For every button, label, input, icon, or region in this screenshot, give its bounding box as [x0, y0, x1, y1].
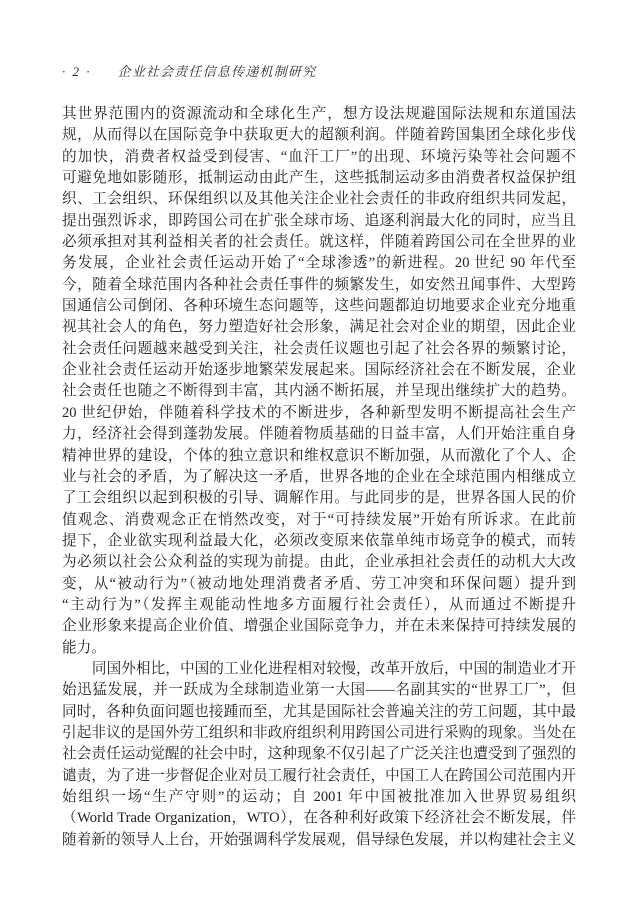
running-head-title: 企业社会责任信息传递机制研究 [118, 61, 317, 80]
text-line: 社会责任也随之不断得到丰富，其内涵不断拓展，并呈现出继续扩大的趋势。 [62, 381, 576, 402]
text-line: 规，从而得以在国际竞争中获取更大的超额利润。伴随着跨国集团全球化步伐 [62, 125, 576, 146]
text-line: 始组织一场“生产守则”的运动；自 2001 年中国被批准加入世界贸易组织 [62, 787, 576, 808]
text-line: 务发展，企业社会责任运动开始了“全球渗透”的新进程。20 世纪 90 年代至 [62, 253, 576, 274]
text-line: 随着新的领导人上台，开始强调科学发展观，倡导绿色发展，并以构建社会主义 [62, 830, 576, 851]
page-header: · 2 · 企业社会责任信息传递机制研究 [62, 61, 576, 80]
text-line: 引起非议的是国外劳工组织和非政府组织利用跨国公司进行采购的现象。当处在 [62, 723, 576, 744]
text-line: “主动行为”（发挥主观能动性地多方面履行社会责任），从而通过不断提升 [62, 595, 576, 616]
text-line: 同时，各种负面问题也接踵而至，尤其是国际社会普遍关注的劳工问题，其中最 [62, 702, 576, 723]
document-page: · 2 · 企业社会责任信息传递机制研究 其世界范围内的资源流动和全球化生产，想… [0, 0, 638, 902]
text-line: 企业形象来提高企业价值、增强企业国际竞争力，并在未来保持可持续发展的 [62, 616, 576, 637]
text-line: 值观念、消费观念正在悄然改变，对于“可持续发展”开始有所诉求。在此前 [62, 510, 576, 531]
text-line: 的加快，消费者权益受到侵害、“血汗工厂”的出现、环境污染等社会问题不 [62, 147, 576, 168]
text-line: 可避免地如影随形，抵制运动由此产生，这些抵制运动多由消费者权益保护组 [62, 168, 576, 189]
text-line: 精神世界的建设，个体的独立意识和维权意识不断加强，从而激化了个人、企 [62, 446, 576, 467]
body-text: 其世界范围内的资源流动和全球化生产，想方设法规避国际法规和东道国法规，从而得以在… [62, 104, 576, 851]
text-line: 提出强烈诉求，即跨国公司在扩张全球市场、追逐利润最大化的同时，应当且 [62, 211, 576, 232]
text-line: 织、工会组织、环保组织以及其他关注企业社会责任的非政府组织共同发起， [62, 189, 576, 210]
text-line: 变，从“被动行为”（被动地处理消费者矛盾、劳工冲突和环保问题）提升到 [62, 574, 576, 595]
text-line: 业与社会的矛盾，为了解决这一矛盾，世界各地的企业在全球范围内相继成立 [62, 467, 576, 488]
text-line: 社会责任问题越来越受到关注，社会责任议题也引起了社会各界的频繁讨论， [62, 339, 576, 360]
text-line: （World Trade Organization，WTO），在各种利好政策下经… [62, 808, 576, 829]
text-line: 为必须以社会公众利益的实现为前提。由此，企业承担社会责任的动机大大改 [62, 552, 576, 573]
text-line: 国通信公司倒闭、各种环境生态问题等，这些问题都迫切地要求企业充分地重 [62, 296, 576, 317]
text-line: 了工会组织以起到积极的引导、调解作用。与此同步的是，世界各国人民的价 [62, 488, 576, 509]
text-line: 必须承担对其利益相关者的社会责任。就这样，伴随着跨国公司在全世界的业 [62, 232, 576, 253]
text-line: 能力。 [62, 638, 576, 659]
text-line: 提下，企业欲实现利益最大化，必须改变原来依靠单纯市场竞争的模式，而转 [62, 531, 576, 552]
text-line: 同国外相比，中国的工业化进程相对较慢，改革开放后，中国的制造业才开 [62, 659, 576, 680]
text-line: 社会责任运动觉醒的社会中时，这种现象不仅引起了广泛关注也遭受到了强烈的 [62, 744, 576, 765]
text-line: 今，随着全球范围内各种社会责任事件的频繁发生，如安然丑闻事件、大型跨 [62, 275, 576, 296]
text-line: 20 世纪伊始，伴随着科学技术的不断进步，各种新型发明不断提高社会生产 [62, 403, 576, 424]
text-line: 谴责，为了进一步督促企业对员工履行社会责任，中国工人在跨国公司范围内开 [62, 766, 576, 787]
page-number: · 2 · [62, 64, 92, 80]
text-line: 力，经济社会得到蓬勃发展。伴随着物质基础的日益丰富，人们开始注重自身 [62, 424, 576, 445]
text-line: 始迅猛发展，并一跃成为全球制造业第一大国——名副其实的“世界工厂”，但 [62, 680, 576, 701]
text-line: 视其社会人的角色，努力塑造好社会形象，满足社会对企业的期望，因此企业 [62, 317, 576, 338]
text-line: 其世界范围内的资源流动和全球化生产，想方设法规避国际法规和东道国法 [62, 104, 576, 125]
text-line: 企业社会责任运动开始逐步地繁荣发展起来。国际经济社会在不断发展，企业 [62, 360, 576, 381]
